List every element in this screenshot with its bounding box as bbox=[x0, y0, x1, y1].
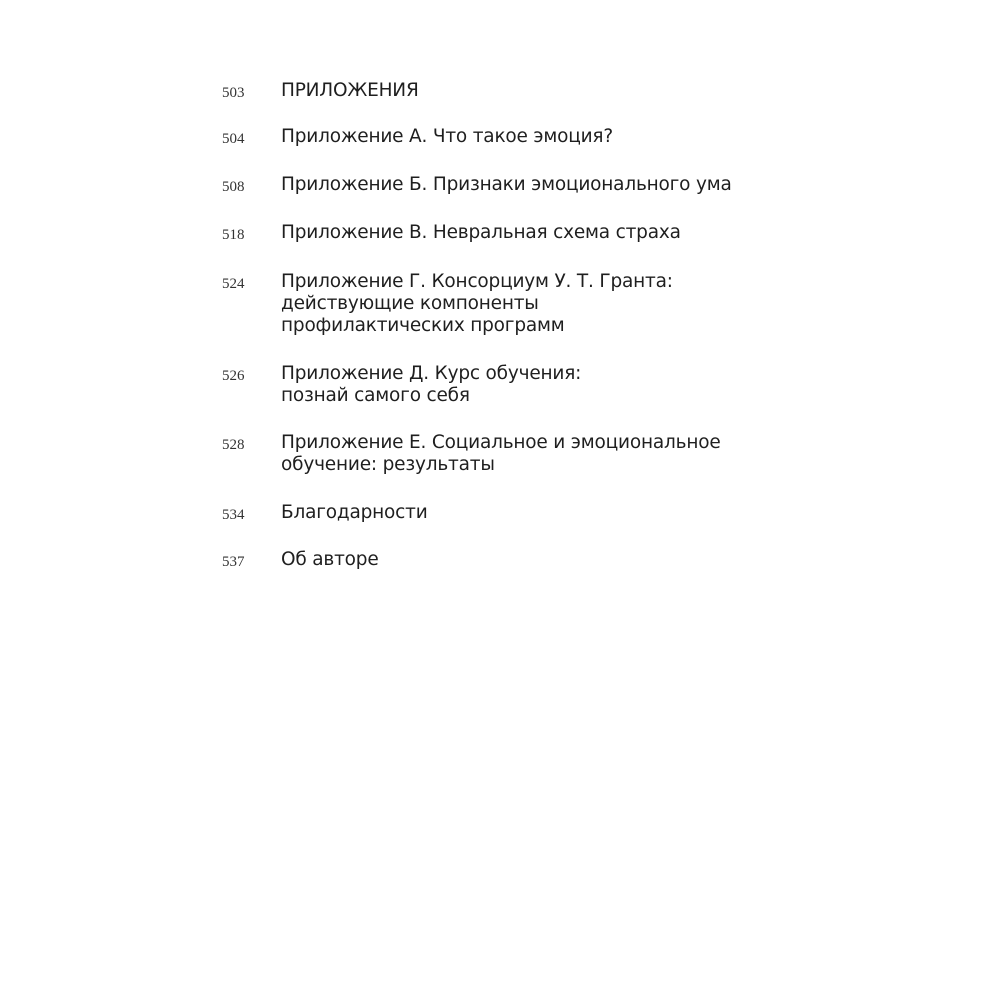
entry-title: Приложение Е. Социальное и эмоциональное… bbox=[281, 432, 721, 476]
toc-entry-appendix-e[interactable]: 528 Приложение Е. Социальное и эмоционал… bbox=[222, 432, 721, 476]
page-number: 518 bbox=[222, 222, 281, 246]
page-number: 528 bbox=[222, 432, 281, 456]
page-number: 524 bbox=[222, 271, 281, 295]
toc-entry-acknowledgements[interactable]: 534 Благодарности bbox=[222, 502, 428, 526]
entry-title: Приложение Д. Курс обучения: познай само… bbox=[281, 363, 581, 407]
page-number: 504 bbox=[222, 126, 281, 150]
entry-title: Приложение А. Что такое эмоция? bbox=[281, 126, 613, 148]
toc-entry-appendix-b[interactable]: 508 Приложение Б. Признаки эмоциональног… bbox=[222, 174, 732, 198]
entry-title: Приложение В. Невральная схема страха bbox=[281, 222, 681, 244]
toc-entry-appendix-d[interactable]: 526 Приложение Д. Курс обучения: познай … bbox=[222, 363, 581, 407]
toc-entry-appendices[interactable]: 503 ПРИЛОЖЕНИЯ bbox=[222, 80, 419, 104]
toc-entry-appendix-g[interactable]: 524 Приложение Г. Консорциум У. Т. Грант… bbox=[222, 271, 673, 337]
toc-entry-appendix-a[interactable]: 504 Приложение А. Что такое эмоция? bbox=[222, 126, 613, 150]
entry-title: Благодарности bbox=[281, 502, 428, 524]
page-number: 503 bbox=[222, 80, 281, 104]
entry-title: Об авторе bbox=[281, 549, 379, 571]
entry-title: Приложение Г. Консорциум У. Т. Гранта: д… bbox=[281, 271, 673, 337]
entry-title: Приложение Б. Признаки эмоционального ум… bbox=[281, 174, 732, 196]
page-number: 508 bbox=[222, 174, 281, 198]
toc-entry-appendix-v[interactable]: 518 Приложение В. Невральная схема страх… bbox=[222, 222, 681, 246]
page-number: 537 bbox=[222, 549, 281, 573]
toc-entry-about-author[interactable]: 537 Об авторе bbox=[222, 549, 379, 573]
page-number: 526 bbox=[222, 363, 281, 387]
entry-title: ПРИЛОЖЕНИЯ bbox=[281, 80, 419, 102]
page-number: 534 bbox=[222, 502, 281, 526]
